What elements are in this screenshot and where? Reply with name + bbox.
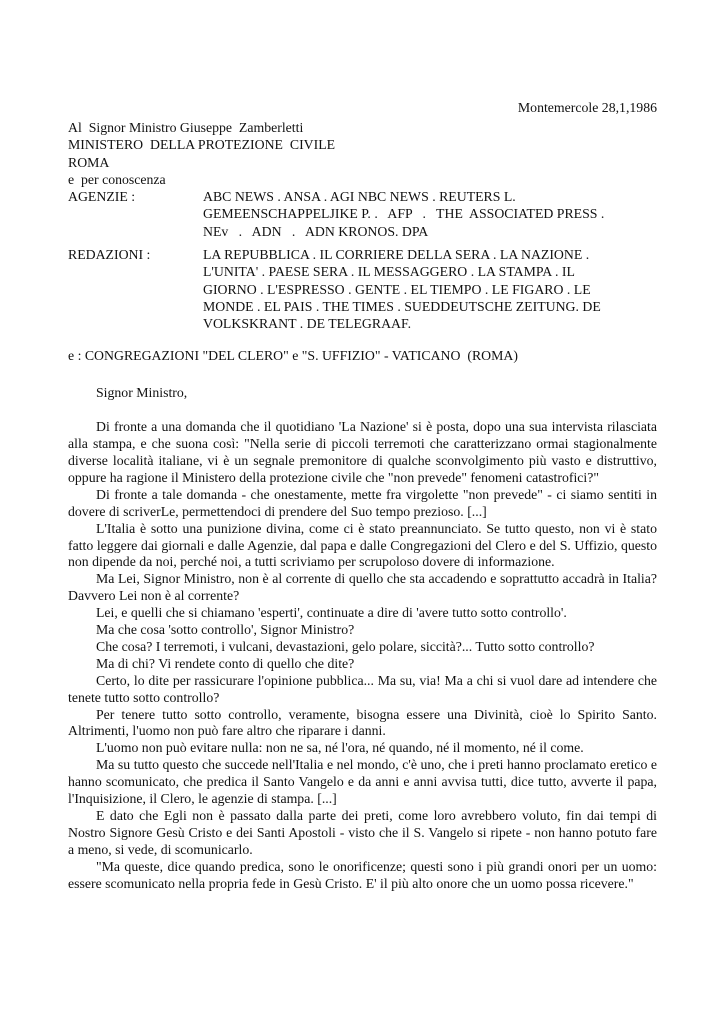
paragraph-14: "Ma queste, dice quando predica, sono le… <box>68 859 657 893</box>
paragraph-4: Ma Lei, Signor Ministro, non è al corren… <box>68 571 657 605</box>
agencies-line-1: ABC NEWS . ANSA . AGI NBC NEWS . REUTERS… <box>203 188 657 205</box>
agencies-label: AGENZIE : <box>68 188 203 205</box>
paragraph-13: E dato che Egli non è passato dalla part… <box>68 808 657 859</box>
ministry-line: MINISTERO DELLA PROTEZIONE CIVILE <box>68 136 657 153</box>
agencies-line-2: GEMEENSCHAPPELJIKE P. . AFP . THE ASSOCI… <box>203 205 657 222</box>
paragraph-2: Di fronte a tale domanda - che onestamen… <box>68 487 657 521</box>
editorial-line-2: L'UNITA' . PAESE SERA . IL MESSAGGERO . … <box>203 263 657 280</box>
letter-date: Montemercole 28,1,1986 <box>68 99 657 117</box>
paragraph-11: L'uomo non può evitare nulla: non ne sa,… <box>68 740 657 757</box>
agencies-list: ABC NEWS . ANSA . AGI NBC NEWS . REUTERS… <box>203 188 657 240</box>
paragraph-12: Ma su tutto questo che succede nell'Ital… <box>68 757 657 808</box>
editorial-offices-list: LA REPUBBLICA . IL CORRIERE DELLA SERA .… <box>203 246 657 332</box>
cc-note-line: e per conoscenza <box>68 171 657 188</box>
paragraph-7: Che cosa? I terremoti, i vulcani, devast… <box>68 639 657 656</box>
congregations-line: e : CONGREGAZIONI "DEL CLERO" e "S. UFFI… <box>68 347 657 364</box>
editorial-line-5: VOLKSKRANT . DE TELEGRAAF. <box>203 315 657 332</box>
agencies-line-3: NEv . ADN . ADN KRONOS. DPA <box>203 223 657 240</box>
paragraph-6: Ma che cosa 'sotto controllo', Signor Mi… <box>68 622 657 639</box>
paragraph-1: Di fronte a una domanda che il quotidian… <box>68 419 657 487</box>
editorial-offices-label: REDAZIONI : <box>68 246 203 263</box>
paragraph-3: L'Italia è sotto una punizione divina, c… <box>68 521 657 572</box>
salutation: Signor Ministro, <box>68 384 657 401</box>
recipient-line: Al Signor Ministro Giuseppe Zamberletti <box>68 119 657 136</box>
agencies-block: AGENZIE : ABC NEWS . ANSA . AGI NBC NEWS… <box>68 188 657 240</box>
letter-body: Di fronte a una domanda che il quotidian… <box>68 419 657 892</box>
editorial-offices-block: REDAZIONI : LA REPUBBLICA . IL CORRIERE … <box>68 246 657 332</box>
editorial-line-3: GIORNO . L'ESPRESSO . GENTE . EL TIEMPO … <box>203 281 657 298</box>
editorial-line-1: LA REPUBBLICA . IL CORRIERE DELLA SERA .… <box>203 246 657 263</box>
paragraph-9: Certo, lo dite per rassicurare l'opinion… <box>68 673 657 707</box>
paragraph-5: Lei, e quelli che si chiamano 'esperti',… <box>68 605 657 622</box>
paragraph-10: Per tenere tutto sotto controllo, verame… <box>68 707 657 741</box>
editorial-line-4: MONDE . EL PAIS . THE TIMES . SUEDDEUTSC… <box>203 298 657 315</box>
letter-page: Montemercole 28,1,1986 Al Signor Ministr… <box>0 0 724 1023</box>
city-line: ROMA <box>68 154 657 171</box>
paragraph-8: Ma di chi? Vi rendete conto di quello ch… <box>68 656 657 673</box>
